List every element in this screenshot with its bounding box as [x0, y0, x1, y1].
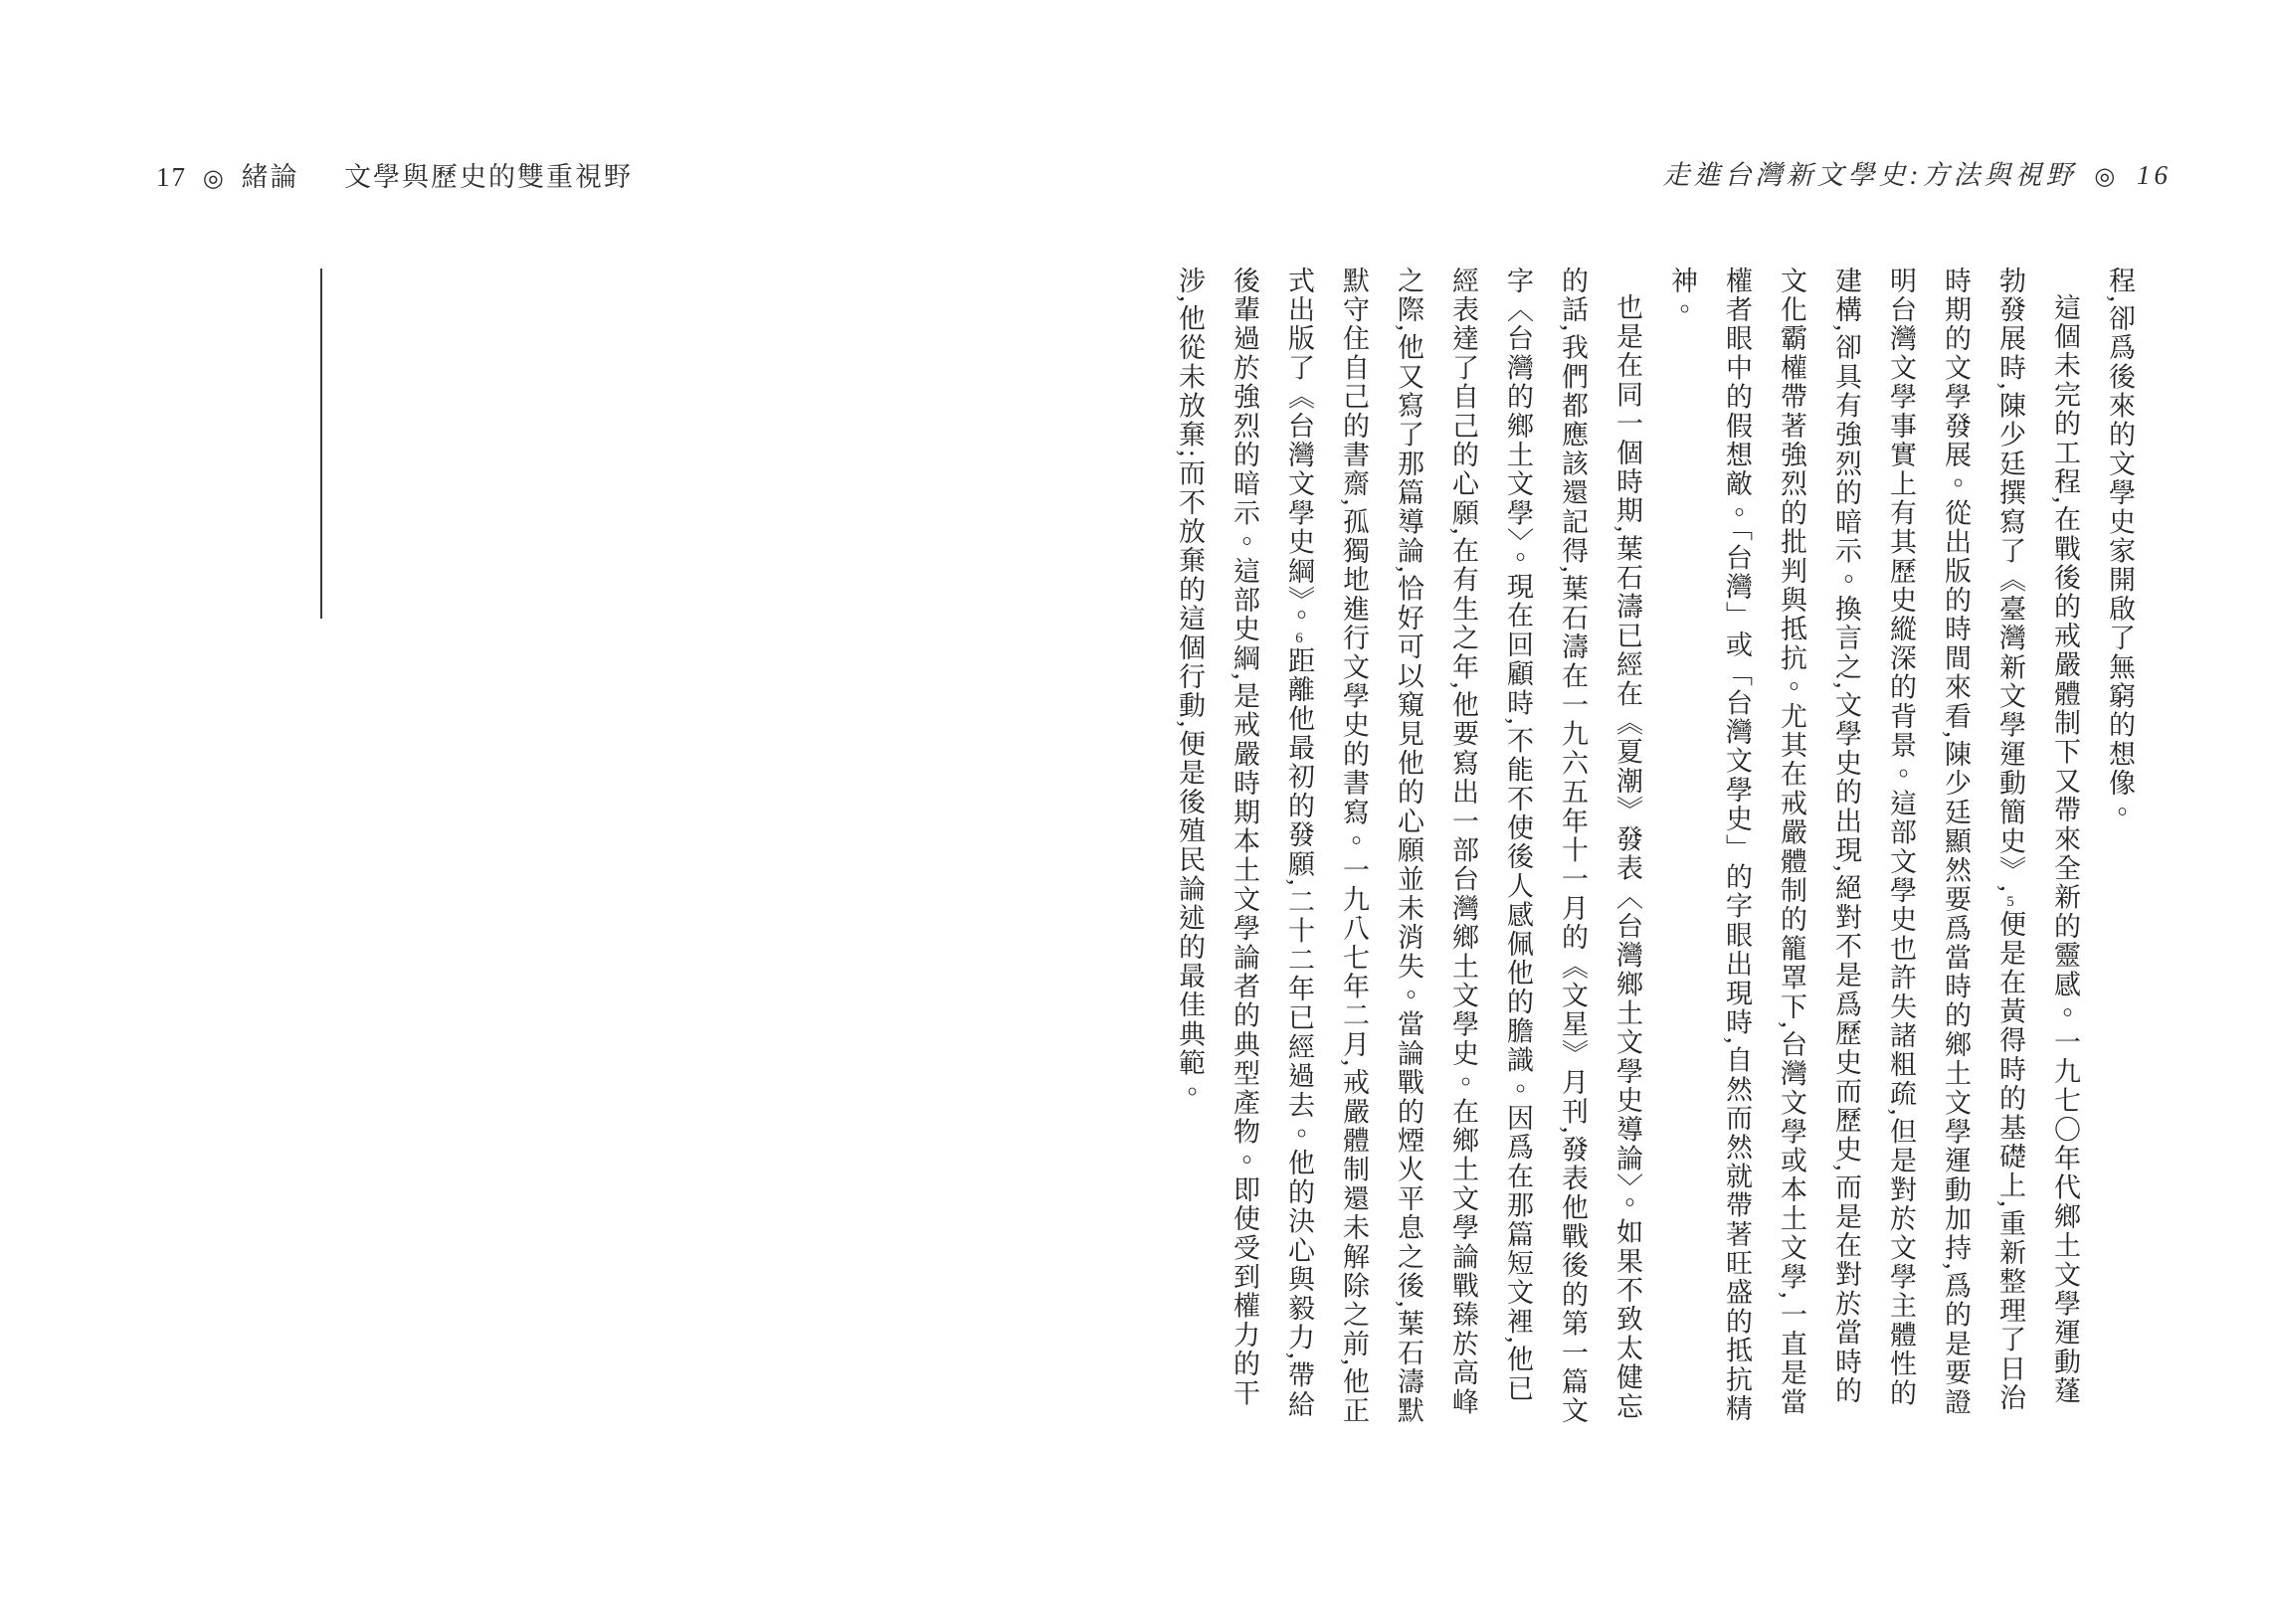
text-run: 程,卻爲後來的文學史家開啟了無窮的想像。: [2105, 267, 2135, 827]
section-label: 緒論: [241, 162, 298, 192]
left-running-header: 17 ◎ 緒論 文學與歷史的雙重視野: [156, 155, 633, 194]
right-running-header: 走進台灣新文學史:方法與視野 ◎ 16: [1663, 153, 2172, 192]
text-run: 也是在同一個時期,葉石濤已經在《夏潮》發表〈台灣鄉土文學史導論〉。如果不致太健忘…: [1284, 267, 1642, 1426]
paragraph: 程,卻爲後來的文學史家開啟了無窮的想像。: [2092, 267, 2147, 1430]
text-run: 便是在黃得時的基礎上,重新整理了日治時期的文學發展。從出版的時間來看,陳少廷顯然…: [1667, 267, 2025, 1423]
page-left: 17 ◎ 緒論 文學與歷史的雙重視野 《台灣文學史綱》也是從古典詩的發展寫起,遙…: [0, 0, 1135, 1624]
page-right: 走進台灣新文學史:方法與視野 ◎ 16 程,卻爲後來的文學史家開啟了無窮的想像。…: [1135, 0, 2271, 1624]
footnote-separator-rule: [320, 269, 322, 619]
right-page-body-text: 程,卻爲後來的文學史家開啟了無窮的想像。這個未完的工程,在戰後的戒嚴體制下又帶來…: [1162, 267, 2147, 1430]
footnote-ref: 5: [2002, 894, 2018, 910]
left-page-number: 17: [156, 162, 187, 192]
paragraph: 也是在同一個時期,葉石濤已經在《夏潮》發表〈台灣鄉土文學史導論〉。如果不致太健忘…: [1162, 267, 1654, 1430]
bullseye-icon: ◎: [2094, 164, 2119, 190]
book-spread: 17 ◎ 緒論 文學與歷史的雙重視野 《台灣文學史綱》也是從古典詩的發展寫起,遙…: [0, 0, 2271, 1624]
footnote-ref: 6: [1291, 631, 1307, 646]
bullseye-icon: ◎: [203, 166, 226, 192]
right-page-number: 16: [2137, 160, 2172, 190]
paragraph: 這個未完的工程,在戰後的戒嚴體制下又帶來全新的靈感。一九七〇年代鄉土文學運動蓬勃…: [1654, 267, 2092, 1430]
left-header-title: 文學與歷史的雙重視野: [344, 162, 633, 192]
right-header-title: 走進台灣新文學史:方法與視野: [1663, 160, 2077, 190]
